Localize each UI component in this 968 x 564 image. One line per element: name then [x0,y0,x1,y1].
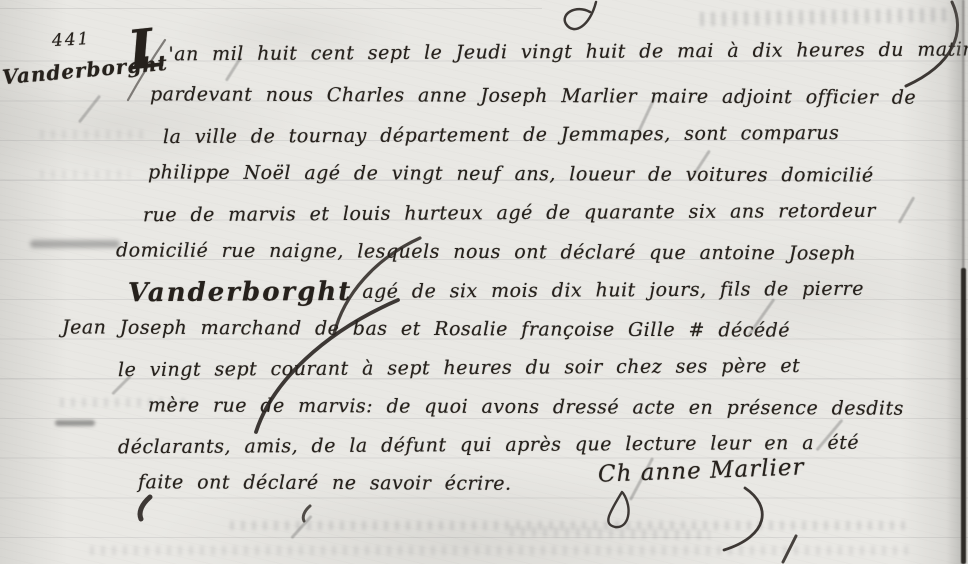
line-text: Jean Joseph marchand de bas et Rosalie f… [62,316,790,341]
line-text: mère rue de marvis: de quoi avons dressé… [148,394,904,419]
officer-signature: Ch anne Marlier [598,454,805,487]
drop-cap-initial: L [128,46,166,50]
stray-hatch-mark [78,95,101,124]
line-text: pardevant nous Charles anne Joseph Marli… [150,83,916,108]
bleedthrough-smudge [700,8,950,26]
manuscript-line-6: domicilié rue naigne, lesquels nous ont … [116,238,856,265]
manuscript-line-5: rue de marvis et louis hurteux agé de qu… [143,199,876,227]
line-text: le vingt sept courant à sept heures du s… [118,355,800,381]
bleedthrough-smudge [40,170,130,179]
manuscript-line-9: le vingt sept courant à sept heures du s… [118,354,800,382]
bleedthrough-smudge [230,521,910,530]
manuscript-line-7: Vanderborghtagé de six mois dix huit jou… [128,277,864,305]
surname-emphasis: Vanderborght [128,277,352,308]
page-binding-edge [961,268,966,564]
manuscript-line-1: L'an mil huit cent sept le Jeudi vingt h… [128,37,968,66]
line-text: philippe Noël agé de vingt neuf ans, lou… [148,161,874,186]
ink-smudge [55,420,95,426]
top-ruled-line [0,8,542,9]
bleedthrough-smudge [510,526,710,539]
line-text: 'an mil huit cent sept le Jeudi vingt hu… [168,38,968,65]
manuscript-line-11: déclarants, amis, de la défunt qui après… [118,431,859,460]
bleedthrough-smudge [90,546,910,555]
line-text: agé de six mois dix huit jours, fils de … [362,278,864,303]
scanned-register-page: 441 Vanderborght L'an mil huit cent sept… [0,0,968,564]
manuscript-line-12: faite ont déclaré ne savoir écrire. [138,470,512,496]
margin-act-number: 441 [52,29,91,51]
manuscript-line-3: la ville de tournay département de Jemma… [163,121,839,149]
stray-hatch-mark [898,196,916,223]
manuscript-line-10: mère rue de marvis: de quoi avons dressé… [148,393,904,420]
ink-smudge [30,240,120,248]
manuscript-line-8: Jean Joseph marchand de bas et Rosalie f… [62,315,790,342]
bleedthrough-smudge [40,130,150,139]
line-text: la ville de tournay département de Jemma… [163,122,839,148]
line-text: déclarants, amis, de la défunt qui après… [118,432,859,459]
line-text: domicilié rue naigne, lesquels nous ont … [116,239,856,264]
line-text: rue de marvis et louis hurteux agé de qu… [143,200,876,226]
manuscript-line-4: philippe Noël agé de vingt neuf ans, lou… [148,160,874,187]
line-text: faite ont déclaré ne savoir écrire. [138,471,512,495]
manuscript-line-2: pardevant nous Charles anne Joseph Marli… [150,82,916,109]
page-edge-shadow [946,0,964,564]
stray-hatch-mark [290,515,312,539]
